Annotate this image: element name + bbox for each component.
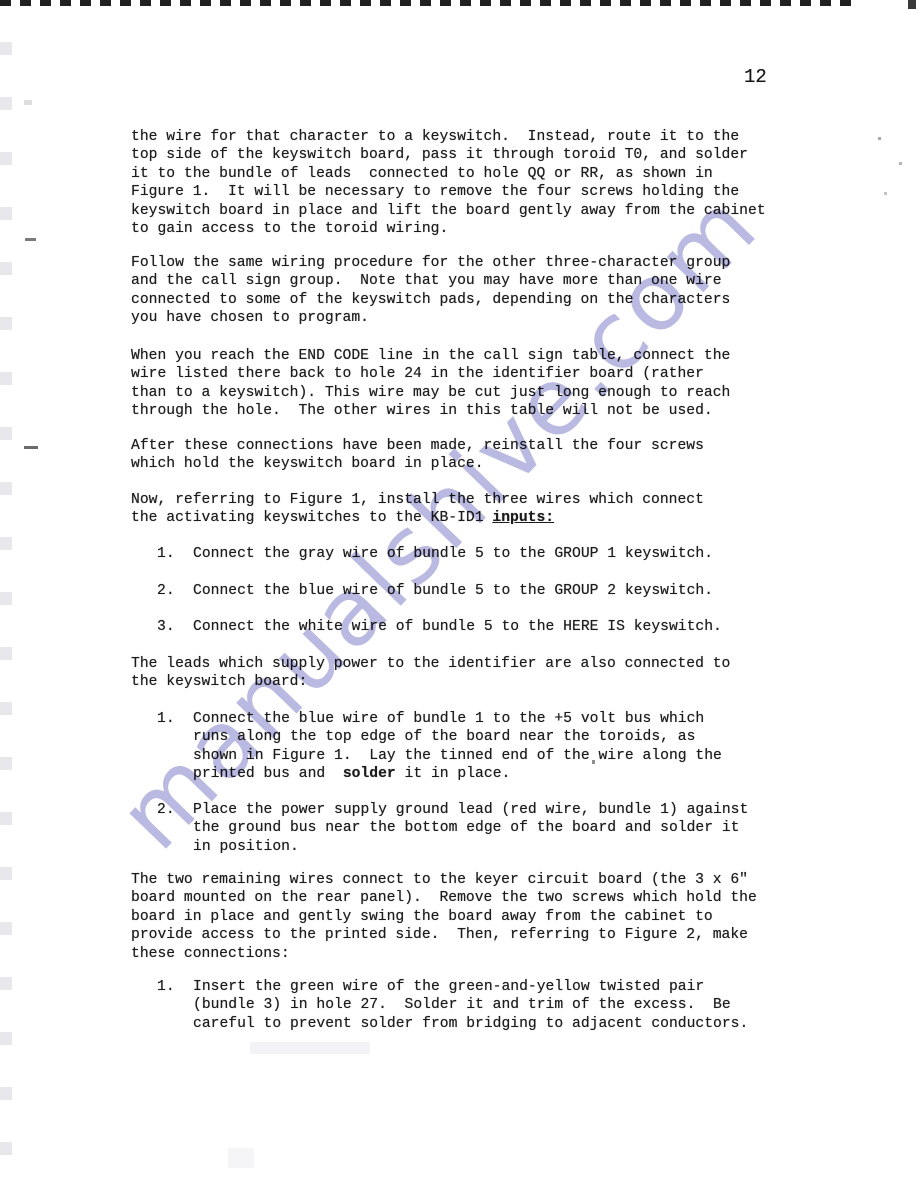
scan-speck (878, 137, 881, 140)
page-number: 12 (744, 66, 767, 88)
list-item-number: 2. (157, 582, 193, 600)
scan-speck (899, 162, 902, 165)
scan-smudge (228, 1148, 254, 1168)
list-item-number: 1. (157, 978, 193, 996)
list-item-text-emphasis: solder (343, 766, 396, 782)
list-item: 1. Insert the green wire of the green-an… (157, 978, 877, 1033)
scan-smudge (250, 1042, 370, 1054)
list-item-text: Place the power supply ground lead (red … (193, 801, 748, 856)
list-item-number: 1. (157, 545, 193, 563)
scan-speck (24, 446, 38, 449)
list-item: 1. Connect the gray wire of bundle 5 to … (157, 545, 877, 563)
scan-corner-mark (908, 0, 916, 9)
list-item-text-part: it in place. (396, 766, 511, 782)
scan-speck (25, 238, 36, 241)
list-item: 2. Place the power supply ground lead (r… (157, 801, 877, 856)
list-item-text: Connect the blue wire of bundle 5 to the… (193, 582, 713, 600)
list-item-number: 3. (157, 618, 193, 636)
document-page: 12 the wire for that character to a keys… (0, 0, 918, 1188)
list-item: 2. Connect the blue wire of bundle 5 to … (157, 582, 877, 600)
paragraph-keyer-board: The two remaining wires connect to the k… (131, 871, 851, 963)
scan-speck (24, 100, 32, 105)
scan-left-edge-artifact (0, 42, 12, 1162)
list-item-text: Insert the green wire of the green-and-y… (193, 978, 748, 1033)
scan-speck (884, 192, 887, 195)
scan-top-edge-artifact (0, 0, 856, 6)
